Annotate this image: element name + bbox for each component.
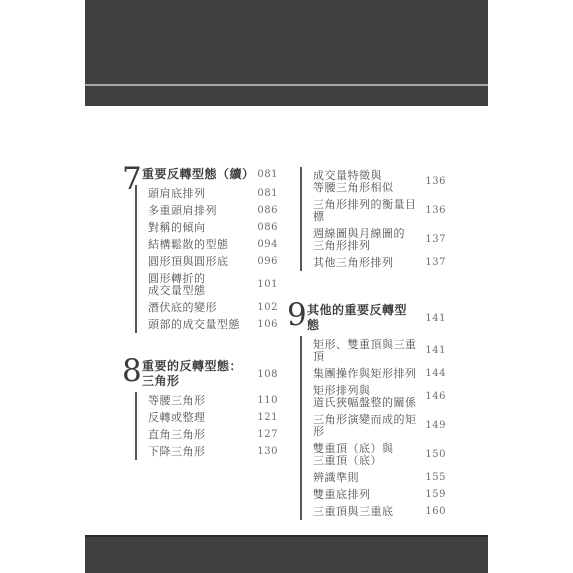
toc-entry-title: 週線圖與月線圖的三角形排列 <box>313 228 419 252</box>
toc-entry-title: 雙重頂（底）與三重頂（底） <box>313 443 419 467</box>
toc-entry: 三角形排列的衡量目標136 <box>313 196 446 225</box>
chapter-title: 其他的重要反轉型態 <box>307 303 419 333</box>
toc-entry: 反轉或整理121 <box>148 409 278 426</box>
toc-entry-page-number: 101 <box>251 279 278 290</box>
toc-entry: 對稱的傾向086 <box>148 219 278 236</box>
chapter-page-number: 081 <box>251 169 278 180</box>
chapter-number: 7 <box>122 166 142 192</box>
toc-entry-title: 頭肩底排列 <box>148 188 251 200</box>
toc-entry-title: 反轉或整理 <box>148 412 251 424</box>
book-toc-page: 7重要反轉型態（續）081頭肩底排列081多重頭肩排列086對稱的傾向086結構… <box>0 0 573 573</box>
toc-entry-title: 下降三角形 <box>148 446 251 458</box>
toc-entry-page-number: 086 <box>251 205 278 216</box>
toc-entry-title: 潛伏底的變形 <box>148 302 251 314</box>
toc-entry-title: 圓形頂與圓形底 <box>148 256 251 268</box>
toc-entry: 矩形、雙重頂與三重頂141 <box>313 336 446 365</box>
chapter-title: 重要反轉型態（續） <box>142 167 251 182</box>
toc-entry-title: 三角形排列的衡量目標 <box>313 199 419 223</box>
toc-entry-page-number: 141 <box>419 345 446 356</box>
toc-entry-list: 等腰三角形110反轉或整理121直角三角形127下降三角形130 <box>135 392 278 460</box>
toc-entry-page-number: 137 <box>419 257 446 268</box>
toc-entry: 矩形排列與道氏狹幅盤整的關係146 <box>313 382 446 411</box>
toc-entry-list: 成交量特徵與等腰三角形相似136三角形排列的衡量目標136週線圖與月線圖的三角形… <box>300 167 446 271</box>
toc-column-right: 成交量特徵與等腰三角形相似136三角形排列的衡量目標136週線圖與月線圖的三角形… <box>289 167 446 520</box>
toc-entry: 下降三角形130 <box>148 443 278 460</box>
toc-entry-page-number: 146 <box>419 391 446 402</box>
chapter-heading: 8重要的反轉型態：三角形108 <box>124 359 278 389</box>
chapter-title-row: 重要反轉型態（續）081 <box>142 167 278 182</box>
toc-entry-title: 直角三角形 <box>148 429 251 441</box>
chapter-heading: 9其他的重要反轉型態141 <box>289 303 446 333</box>
continued-items-section: 成交量特徵與等腰三角形相似136三角形排列的衡量目標136週線圖與月線圖的三角形… <box>289 167 446 271</box>
bottom-banner <box>85 535 488 573</box>
toc-entry-page-number: 110 <box>251 395 278 406</box>
toc-entry-title: 等腰三角形 <box>148 395 251 407</box>
toc-entry-title: 頭部的成交量型態 <box>148 319 251 331</box>
chapter-number: 9 <box>287 302 307 328</box>
toc-column-left: 7重要反轉型態（續）081頭肩底排列081多重頭肩排列086對稱的傾向086結構… <box>124 167 278 460</box>
toc-entry: 潛伏底的變形102 <box>148 299 278 316</box>
chapter-title: 重要的反轉型態：三角形 <box>142 359 251 389</box>
toc-entry-page-number: 106 <box>251 319 278 330</box>
toc-entry-page-number: 159 <box>419 489 446 500</box>
toc-entry-page-number: 150 <box>419 449 446 460</box>
chapter-8-section: 8重要的反轉型態：三角形108等腰三角形110反轉或整理121直角三角形127下… <box>124 359 278 460</box>
toc-entry-page-number: 130 <box>251 446 278 457</box>
toc-entry: 雙重底排列159 <box>313 486 446 503</box>
toc-entry: 結構鬆散的型態094 <box>148 236 278 253</box>
toc-entry: 成交量特徵與等腰三角形相似136 <box>313 167 446 196</box>
toc-entry-page-number: 121 <box>251 412 278 423</box>
toc-entry: 辨識準則155 <box>313 469 446 486</box>
chapter-9-section: 9其他的重要反轉型態141矩形、雙重頂與三重頂141集團操作與矩形排列144矩形… <box>289 303 446 520</box>
toc-entry: 圓形轉折的成交量型態101 <box>148 270 278 299</box>
toc-entry-page-number: 155 <box>419 472 446 483</box>
toc-entry-title: 矩形排列與道氏狹幅盤整的關係 <box>313 385 419 409</box>
toc-entry-title: 成交量特徵與等腰三角形相似 <box>313 170 419 194</box>
toc-entry-page-number: 136 <box>419 205 446 216</box>
toc-entry-page-number: 144 <box>419 368 446 379</box>
toc-entry-page-number: 102 <box>251 302 278 313</box>
toc-entry: 週線圖與月線圖的三角形排列137 <box>313 225 446 254</box>
chapter-title-row: 其他的重要反轉型態141 <box>307 303 446 333</box>
toc-entry: 三角形演變而成的矩形149 <box>313 411 446 440</box>
toc-entry-title: 結構鬆散的型態 <box>148 239 251 251</box>
toc-entry: 頭肩底排列081 <box>148 185 278 202</box>
toc-entry-title: 圓形轉折的成交量型態 <box>148 273 251 297</box>
chapter-number: 8 <box>122 358 142 384</box>
chapter-page-number: 108 <box>251 369 278 380</box>
top-banner <box>85 0 488 84</box>
toc-entry-page-number: 086 <box>251 222 278 233</box>
toc-entry-page-number: 094 <box>251 239 278 250</box>
toc-entry-title: 三重頂與三重底 <box>313 506 419 518</box>
toc-entry-title: 多重頭肩排列 <box>148 205 251 217</box>
toc-entry: 頭部的成交量型態106 <box>148 316 278 333</box>
toc-entry: 其他三角形排列137 <box>313 254 446 271</box>
toc-entry-title: 其他三角形排列 <box>313 257 419 269</box>
toc-entry-page-number: 127 <box>251 429 278 440</box>
toc-entry: 集團操作與矩形排列144 <box>313 365 446 382</box>
chapter-title-row: 重要的反轉型態：三角形108 <box>142 359 278 389</box>
toc-entry-page-number: 136 <box>419 176 446 187</box>
toc-entry-page-number: 160 <box>419 506 446 517</box>
toc-entry-title: 矩形、雙重頂與三重頂 <box>313 339 419 363</box>
toc-entry-title: 對稱的傾向 <box>148 222 251 234</box>
chapter-page-number: 141 <box>419 313 446 324</box>
toc-entry: 直角三角形127 <box>148 426 278 443</box>
toc-entry: 三重頂與三重底160 <box>313 503 446 520</box>
toc-entry-list: 頭肩底排列081多重頭肩排列086對稱的傾向086結構鬆散的型態094圓形頂與圓… <box>135 185 278 333</box>
toc-entry-title: 集團操作與矩形排列 <box>313 368 419 380</box>
toc-entry: 圓形頂與圓形底096 <box>148 253 278 270</box>
toc-entry: 多重頭肩排列086 <box>148 202 278 219</box>
chapter-heading: 7重要反轉型態（續）081 <box>124 167 278 182</box>
toc-entry-title: 辨識準則 <box>313 472 419 484</box>
toc-entry-list: 矩形、雙重頂與三重頂141集團操作與矩形排列144矩形排列與道氏狹幅盤整的關係1… <box>300 336 446 520</box>
toc-entry-title: 三角形演變而成的矩形 <box>313 414 419 438</box>
toc-entry-page-number: 149 <box>419 420 446 431</box>
top-banner-strip <box>85 84 488 106</box>
toc-entry-page-number: 096 <box>251 256 278 267</box>
toc-entry-page-number: 137 <box>419 234 446 245</box>
toc-entry-page-number: 081 <box>251 188 278 199</box>
toc-entry-title: 雙重底排列 <box>313 489 419 501</box>
toc-entry: 雙重頂（底）與三重頂（底）150 <box>313 440 446 469</box>
toc-entry: 等腰三角形110 <box>148 392 278 409</box>
chapter-7-section: 7重要反轉型態（續）081頭肩底排列081多重頭肩排列086對稱的傾向086結構… <box>124 167 278 333</box>
